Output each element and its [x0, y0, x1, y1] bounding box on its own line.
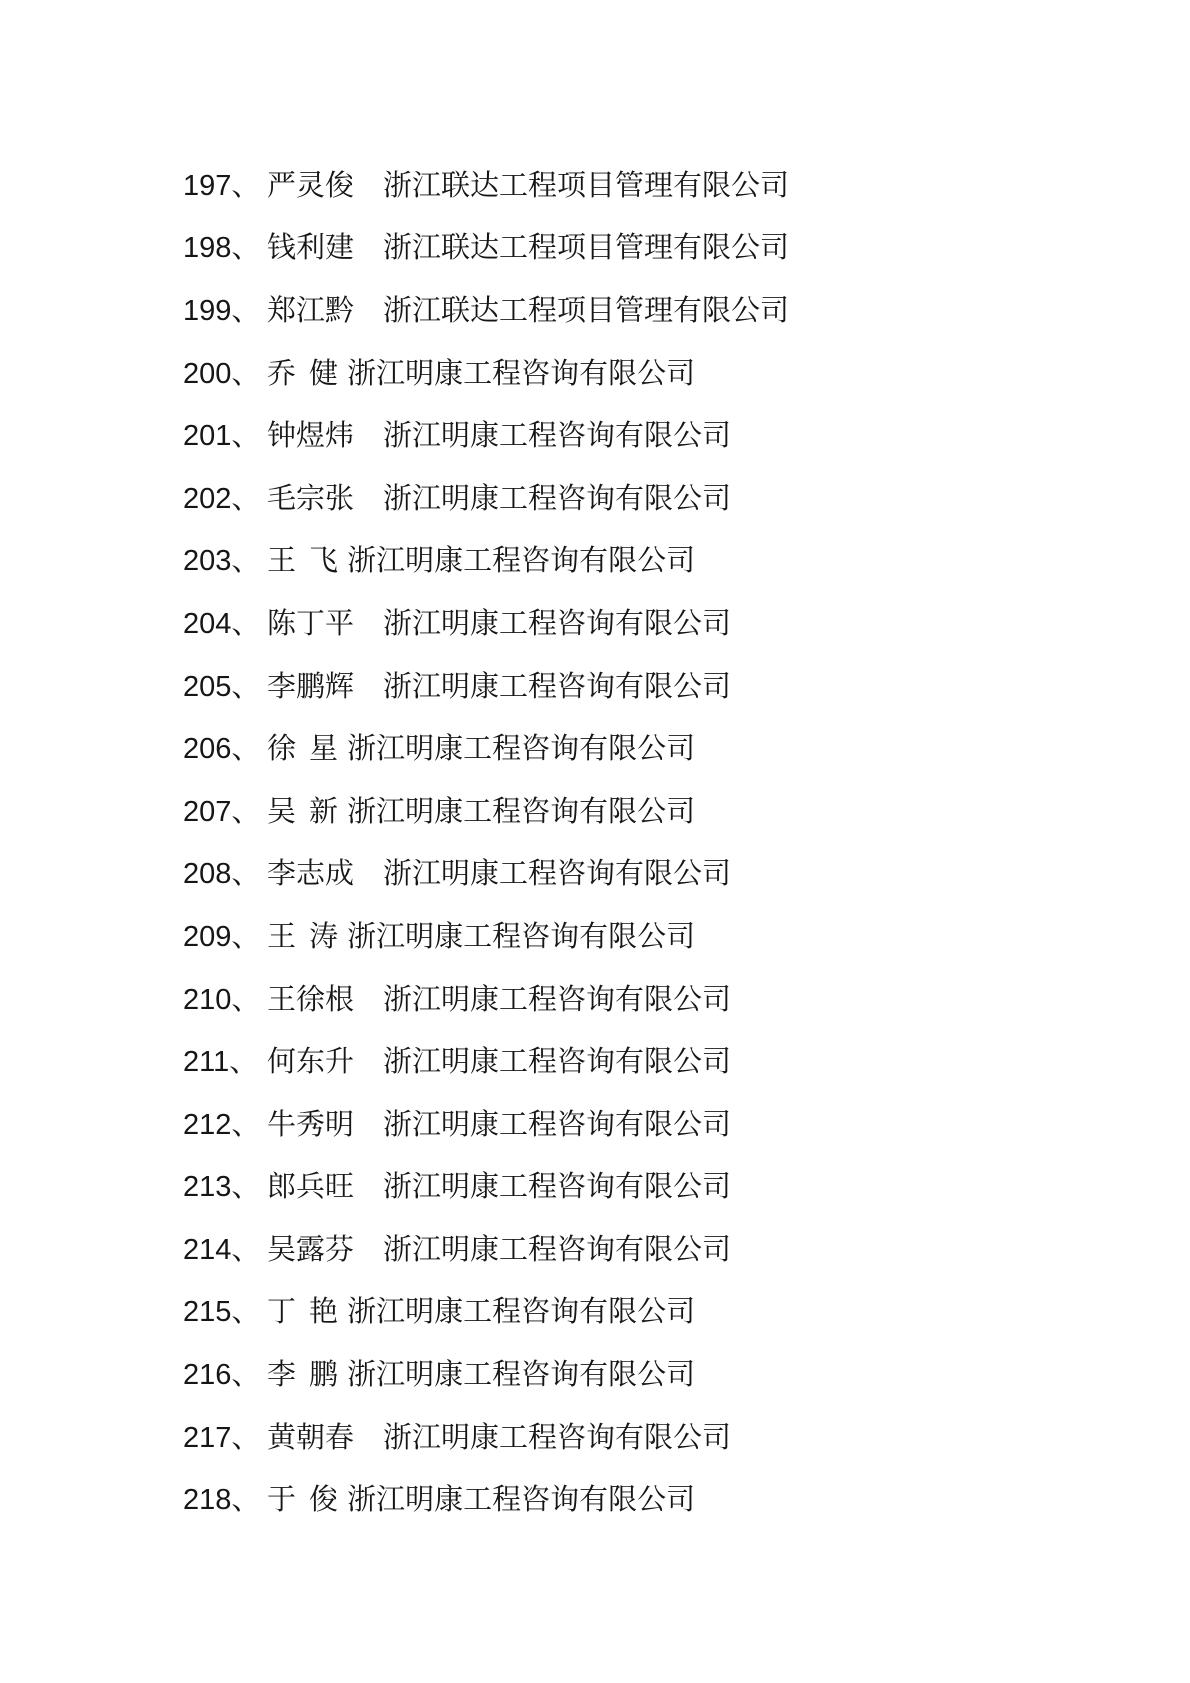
entry-number: 218、 — [183, 1477, 267, 1518]
entry-number: 207、 — [183, 789, 267, 830]
entry-number: 204、 — [183, 601, 267, 642]
entry-number: 198、 — [183, 225, 267, 266]
entry-name: 于 俊 — [267, 1477, 338, 1518]
entry-company: 浙江明康工程咨询有限公司 — [347, 538, 695, 579]
list-item: 201、钟煜炜浙江明康工程咨询有限公司 — [183, 402, 1190, 465]
document-page: 197、严灵俊浙江联达工程项目管理有限公司 198、钱利建浙江联达工程项目管理有… — [0, 0, 1190, 1683]
list-item: 200、乔 健浙江明康工程咨询有限公司 — [183, 340, 1190, 403]
entry-number: 217、 — [183, 1415, 267, 1456]
entry-company: 浙江明康工程咨询有限公司 — [383, 1102, 731, 1143]
entry-name: 牛秀明 — [267, 1102, 354, 1143]
entry-name: 毛宗张 — [267, 476, 354, 517]
list-item: 206、徐 星浙江明康工程咨询有限公司 — [183, 715, 1190, 778]
entry-company: 浙江联达工程项目管理有限公司 — [383, 163, 789, 204]
entry-name: 乔 健 — [267, 351, 338, 392]
entry-company: 浙江明康工程咨询有限公司 — [347, 914, 695, 955]
list-item: 203、王 飞浙江明康工程咨询有限公司 — [183, 528, 1190, 591]
roster-list: 197、严灵俊浙江联达工程项目管理有限公司 198、钱利建浙江联达工程项目管理有… — [0, 0, 1190, 1529]
entry-number: 213、 — [183, 1164, 267, 1205]
entry-company: 浙江明康工程咨询有限公司 — [383, 601, 731, 642]
entry-number: 199、 — [183, 288, 267, 329]
entry-company: 浙江明康工程咨询有限公司 — [383, 851, 731, 892]
entry-company: 浙江明康工程咨询有限公司 — [347, 789, 695, 830]
list-item: 209、王 涛浙江明康工程咨询有限公司 — [183, 903, 1190, 966]
list-item: 216、李 鹏浙江明康工程咨询有限公司 — [183, 1341, 1190, 1404]
entry-number: 211、 — [183, 1039, 267, 1080]
entry-name: 吴露芬 — [267, 1227, 354, 1268]
entry-name: 何东升 — [267, 1039, 354, 1080]
entry-name: 李鹏辉 — [267, 664, 354, 705]
entry-company: 浙江明康工程咨询有限公司 — [383, 413, 731, 454]
entry-number: 208、 — [183, 851, 267, 892]
list-item: 210、王徐根浙江明康工程咨询有限公司 — [183, 966, 1190, 1029]
entry-company: 浙江明康工程咨询有限公司 — [383, 977, 731, 1018]
list-item: 218、于 俊浙江明康工程咨询有限公司 — [183, 1466, 1190, 1529]
entry-number: 212、 — [183, 1102, 267, 1143]
entry-name: 黄朝春 — [267, 1415, 354, 1456]
entry-number: 215、 — [183, 1289, 267, 1330]
entry-company: 浙江明康工程咨询有限公司 — [347, 726, 695, 767]
entry-name: 丁 艳 — [267, 1289, 338, 1330]
entry-name: 钟煜炜 — [267, 413, 354, 454]
list-item: 197、严灵俊浙江联达工程项目管理有限公司 — [183, 152, 1190, 215]
entry-number: 202、 — [183, 476, 267, 517]
entry-company: 浙江明康工程咨询有限公司 — [383, 664, 731, 705]
entry-company: 浙江明康工程咨询有限公司 — [347, 351, 695, 392]
entry-company: 浙江明康工程咨询有限公司 — [383, 1227, 731, 1268]
list-item: 204、陈丁平浙江明康工程咨询有限公司 — [183, 590, 1190, 653]
list-item: 213、郎兵旺浙江明康工程咨询有限公司 — [183, 1154, 1190, 1217]
entry-company: 浙江联达工程项目管理有限公司 — [383, 288, 789, 329]
list-item: 214、吴露芬浙江明康工程咨询有限公司 — [183, 1216, 1190, 1279]
entry-company: 浙江明康工程咨询有限公司 — [383, 1039, 731, 1080]
list-item: 205、李鹏辉浙江明康工程咨询有限公司 — [183, 653, 1190, 716]
entry-name: 王 涛 — [267, 914, 338, 955]
entry-name: 严灵俊 — [267, 163, 354, 204]
entry-name: 王徐根 — [267, 977, 354, 1018]
entry-name: 吴 新 — [267, 789, 338, 830]
entry-company: 浙江明康工程咨询有限公司 — [347, 1289, 695, 1330]
entry-number: 203、 — [183, 538, 267, 579]
entry-number: 209、 — [183, 914, 267, 955]
entry-name: 王 飞 — [267, 538, 338, 579]
list-item: 202、毛宗张浙江明康工程咨询有限公司 — [183, 465, 1190, 528]
entry-company: 浙江明康工程咨询有限公司 — [383, 476, 731, 517]
entry-company: 浙江明康工程咨询有限公司 — [347, 1352, 695, 1393]
entry-number: 197、 — [183, 163, 267, 204]
entry-name: 李 鹏 — [267, 1352, 338, 1393]
entry-name: 徐 星 — [267, 726, 338, 767]
list-item: 211、何东升浙江明康工程咨询有限公司 — [183, 1028, 1190, 1091]
list-item: 215、丁 艳浙江明康工程咨询有限公司 — [183, 1279, 1190, 1342]
entry-number: 210、 — [183, 977, 267, 1018]
entry-number: 201、 — [183, 413, 267, 454]
entry-name: 钱利建 — [267, 225, 354, 266]
entry-number: 214、 — [183, 1227, 267, 1268]
entry-name: 李志成 — [267, 851, 354, 892]
entry-company: 浙江明康工程咨询有限公司 — [347, 1477, 695, 1518]
entry-name: 陈丁平 — [267, 601, 354, 642]
list-item: 198、钱利建浙江联达工程项目管理有限公司 — [183, 215, 1190, 278]
entry-number: 216、 — [183, 1352, 267, 1393]
list-item: 208、李志成浙江明康工程咨询有限公司 — [183, 841, 1190, 904]
entry-name: 郑江黔 — [267, 288, 354, 329]
entry-number: 206、 — [183, 726, 267, 767]
list-item: 217、黄朝春浙江明康工程咨询有限公司 — [183, 1404, 1190, 1467]
list-item: 212、牛秀明浙江明康工程咨询有限公司 — [183, 1091, 1190, 1154]
entry-name: 郎兵旺 — [267, 1164, 354, 1205]
list-item: 207、吴 新浙江明康工程咨询有限公司 — [183, 778, 1190, 841]
entry-company: 浙江明康工程咨询有限公司 — [383, 1415, 731, 1456]
list-item: 199、郑江黔浙江联达工程项目管理有限公司 — [183, 277, 1190, 340]
entry-number: 205、 — [183, 664, 267, 705]
entry-company: 浙江明康工程咨询有限公司 — [383, 1164, 731, 1205]
entry-company: 浙江联达工程项目管理有限公司 — [383, 225, 789, 266]
entry-number: 200、 — [183, 351, 267, 392]
